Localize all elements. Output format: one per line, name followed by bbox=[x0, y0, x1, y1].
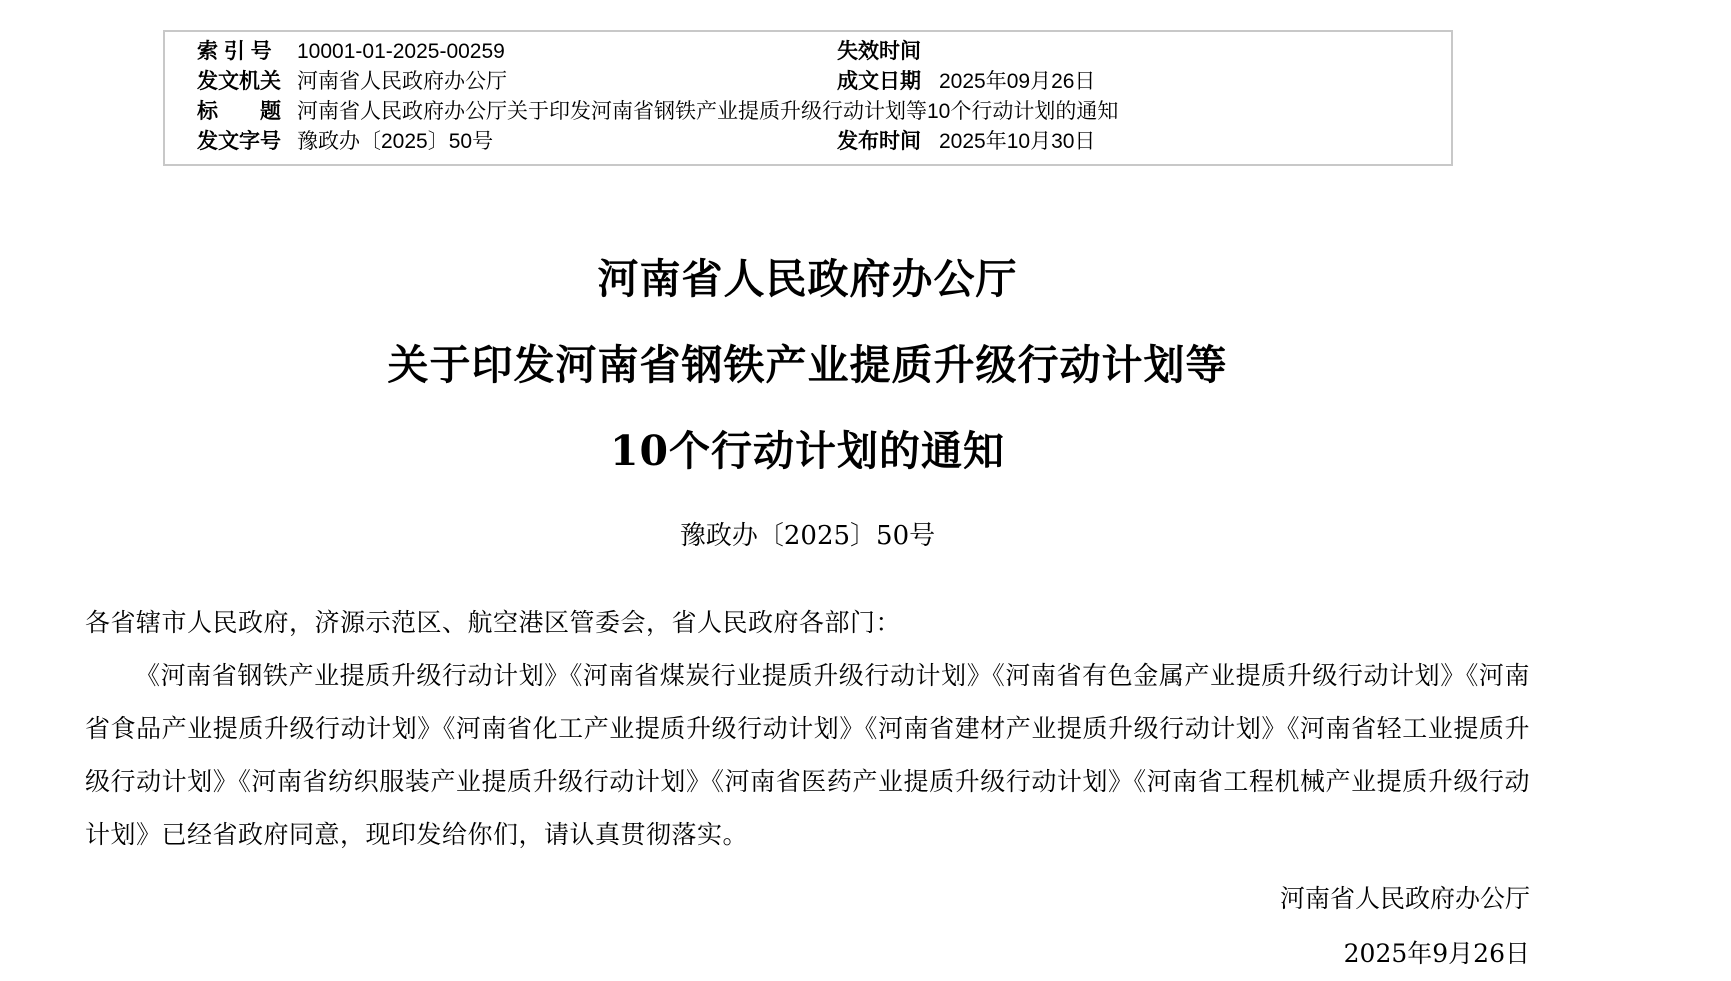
meta-value-publish-time: 2025年10月30日 bbox=[939, 127, 1441, 157]
document-reference-number: 豫政办〔2025〕50号 bbox=[85, 516, 1530, 556]
meta-value-index-number: 10001-01-2025-00259 bbox=[297, 37, 837, 67]
signature-block: 河南省人民政府办公厅 2025年9月26日 bbox=[85, 871, 1530, 981]
salutation-line: 各省辖市人民政府，济源示范区、航空港区管委会，省人民政府各部门： bbox=[85, 596, 1530, 649]
meta-label-expiry-time: 失效时间 bbox=[837, 37, 939, 67]
document-title-line-3: 10个行动计划的通知 bbox=[85, 408, 1530, 494]
document-content: 索 引 号 10001-01-2025-00259 失效时间 发文机关 河南省人… bbox=[85, 0, 1530, 981]
document-title-line-2: 关于印发河南省钢铁产业提质升级行动计划等 bbox=[85, 322, 1530, 408]
meta-row-issuing-agency: 发文机关 河南省人民政府办公厅 成文日期 2025年09月26日 bbox=[197, 67, 1441, 97]
meta-label-document-number: 发文字号 bbox=[197, 127, 297, 157]
body-paragraph: 《河南省钢铁产业提质升级行动计划》《河南省煤炭行业提质升级行动计划》《河南省有色… bbox=[85, 649, 1530, 861]
meta-value-written-date: 2025年09月26日 bbox=[939, 67, 1441, 97]
signature-organization: 河南省人民政府办公厅 bbox=[85, 871, 1530, 926]
document-metadata-table: 索 引 号 10001-01-2025-00259 失效时间 发文机关 河南省人… bbox=[163, 30, 1453, 166]
meta-label-issuing-agency: 发文机关 bbox=[197, 67, 297, 97]
meta-label-publish-time: 发布时间 bbox=[837, 127, 939, 157]
document-title-line-1: 河南省人民政府办公厅 bbox=[85, 236, 1530, 322]
meta-value-issuing-agency: 河南省人民政府办公厅 bbox=[297, 67, 837, 97]
meta-row-document-number: 发文字号 豫政办〔2025〕50号 发布时间 2025年10月30日 bbox=[197, 127, 1441, 157]
meta-label-title: 标 题 bbox=[197, 97, 297, 127]
meta-value-document-number: 豫政办〔2025〕50号 bbox=[297, 127, 837, 157]
signature-date: 2025年9月26日 bbox=[85, 926, 1530, 981]
meta-value-title: 河南省人民政府办公厅关于印发河南省钢铁产业提质升级行动计划等10个行动计划的通知 bbox=[297, 97, 1441, 127]
meta-label-index-number: 索 引 号 bbox=[197, 37, 297, 67]
meta-label-written-date: 成文日期 bbox=[837, 67, 939, 97]
meta-row-index-number: 索 引 号 10001-01-2025-00259 失效时间 bbox=[197, 37, 1441, 67]
meta-value-expiry-time bbox=[939, 37, 1441, 67]
document-page: 索 引 号 10001-01-2025-00259 失效时间 发文机关 河南省人… bbox=[0, 0, 1731, 981]
document-body: 各省辖市人民政府，济源示范区、航空港区管委会，省人民政府各部门： 《河南省钢铁产… bbox=[85, 596, 1530, 861]
document-title: 河南省人民政府办公厅 关于印发河南省钢铁产业提质升级行动计划等 10个行动计划的… bbox=[85, 236, 1530, 494]
meta-row-title: 标 题 河南省人民政府办公厅关于印发河南省钢铁产业提质升级行动计划等10个行动计… bbox=[197, 97, 1441, 127]
